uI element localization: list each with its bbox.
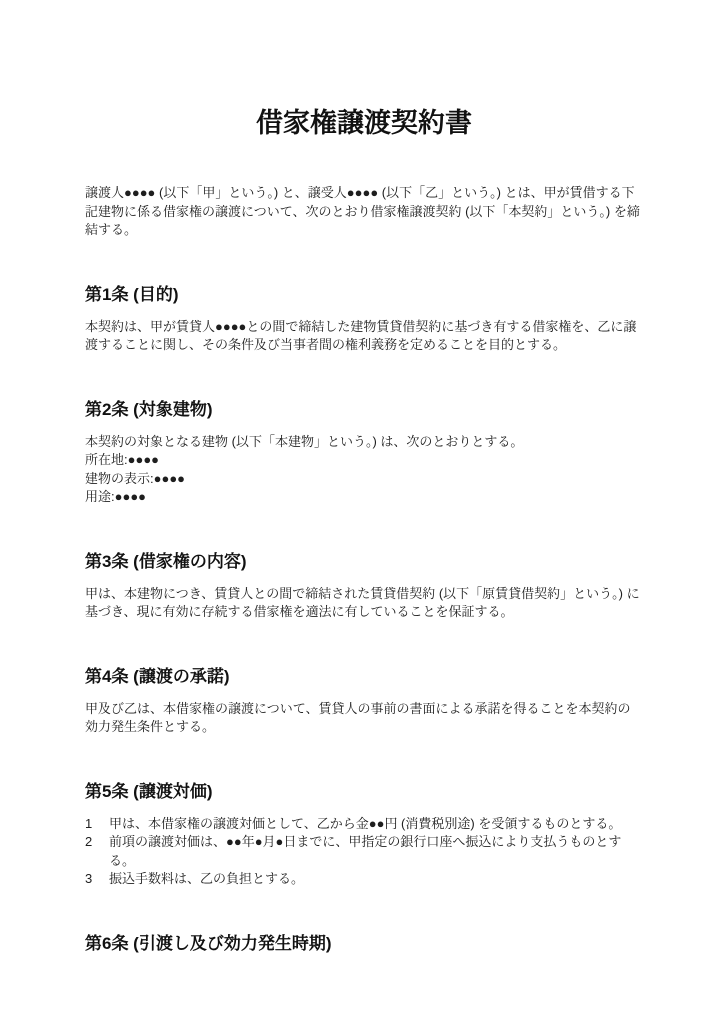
- article-heading: 第3条 (借家権の内容): [85, 551, 643, 572]
- article-heading: 第2条 (対象建物): [85, 399, 643, 420]
- clause-number: 1: [85, 815, 109, 834]
- clause-text: 前項の譲渡対価は、●●年●月●日までに、甲指定の銀行口座へ振込により支払うものと…: [109, 833, 643, 870]
- articles-container: 第1条 (目的)本契約は、甲が賃貸人●●●●との間で締結した建物賃貸借契約に基づ…: [85, 284, 643, 954]
- numbered-clause: 3振込手数料は、乙の負担とする。: [85, 870, 643, 889]
- document-title: 借家権譲渡契約書: [85, 106, 643, 140]
- article-paragraph: 甲は、本建物につき、賃貸人との間で締結された賃貸借契約 (以下「原賃貸借契約」と…: [85, 585, 643, 622]
- article-body: 本契約の対象となる建物 (以下「本建物」という。) は、次のとおりとする。所在地…: [85, 433, 643, 507]
- contract-article: 第1条 (目的)本契約は、甲が賃貸人●●●●との間で締結した建物賃貸借契約に基づ…: [85, 284, 643, 355]
- article-heading: 第6条 (引渡し及び効力発生時期): [85, 933, 643, 954]
- article-paragraph: 本契約は、甲が賃貸人●●●●との間で締結した建物賃貸借契約に基づき有する借家権を…: [85, 318, 643, 355]
- contract-article: 第2条 (対象建物)本契約の対象となる建物 (以下「本建物」という。) は、次の…: [85, 399, 643, 507]
- article-heading: 第4条 (譲渡の承諾): [85, 666, 643, 687]
- article-body: 甲及び乙は、本借家権の譲渡について、賃貸人の事前の書面による承諾を得ることを本契…: [85, 700, 643, 737]
- article-paragraph: 用途:●●●●: [85, 488, 643, 507]
- clause-text: 甲は、本借家権の譲渡対価として、乙から金●●円 (消費税別途) を受領するものと…: [109, 815, 643, 834]
- contract-article: 第6条 (引渡し及び効力発生時期): [85, 933, 643, 954]
- article-heading: 第1条 (目的): [85, 284, 643, 305]
- contract-article: 第5条 (譲渡対価)1甲は、本借家権の譲渡対価として、乙から金●●円 (消費税別…: [85, 781, 643, 889]
- clause-number: 3: [85, 870, 109, 889]
- contract-article: 第3条 (借家権の内容)甲は、本建物につき、賃貸人との間で締結された賃貸借契約 …: [85, 551, 643, 622]
- clause-text: 振込手数料は、乙の負担とする。: [109, 870, 643, 889]
- document-page: 借家権譲渡契約書 譲渡人●●●● (以下「甲」という。) と、譲受人●●●● (…: [0, 0, 724, 954]
- article-paragraph: 所在地:●●●●: [85, 451, 643, 470]
- numbered-clause: 2前項の譲渡対価は、●●年●月●日までに、甲指定の銀行口座へ振込により支払うもの…: [85, 833, 643, 870]
- preamble-paragraph: 譲渡人●●●● (以下「甲」という。) と、譲受人●●●● (以下「乙」という。…: [85, 184, 643, 240]
- article-heading: 第5条 (譲渡対価): [85, 781, 643, 802]
- article-paragraph: 本契約の対象となる建物 (以下「本建物」という。) は、次のとおりとする。: [85, 433, 643, 452]
- article-body: 1甲は、本借家権の譲渡対価として、乙から金●●円 (消費税別途) を受領するもの…: [85, 815, 643, 889]
- article-paragraph: 甲及び乙は、本借家権の譲渡について、賃貸人の事前の書面による承諾を得ることを本契…: [85, 700, 643, 737]
- article-paragraph: 建物の表示:●●●●: [85, 470, 643, 489]
- article-body: 甲は、本建物につき、賃貸人との間で締結された賃貸借契約 (以下「原賃貸借契約」と…: [85, 585, 643, 622]
- contract-article: 第4条 (譲渡の承諾)甲及び乙は、本借家権の譲渡について、賃貸人の事前の書面によ…: [85, 666, 643, 737]
- numbered-clause: 1甲は、本借家権の譲渡対価として、乙から金●●円 (消費税別途) を受領するもの…: [85, 815, 643, 834]
- article-body: 本契約は、甲が賃貸人●●●●との間で締結した建物賃貸借契約に基づき有する借家権を…: [85, 318, 643, 355]
- clause-number: 2: [85, 833, 109, 870]
